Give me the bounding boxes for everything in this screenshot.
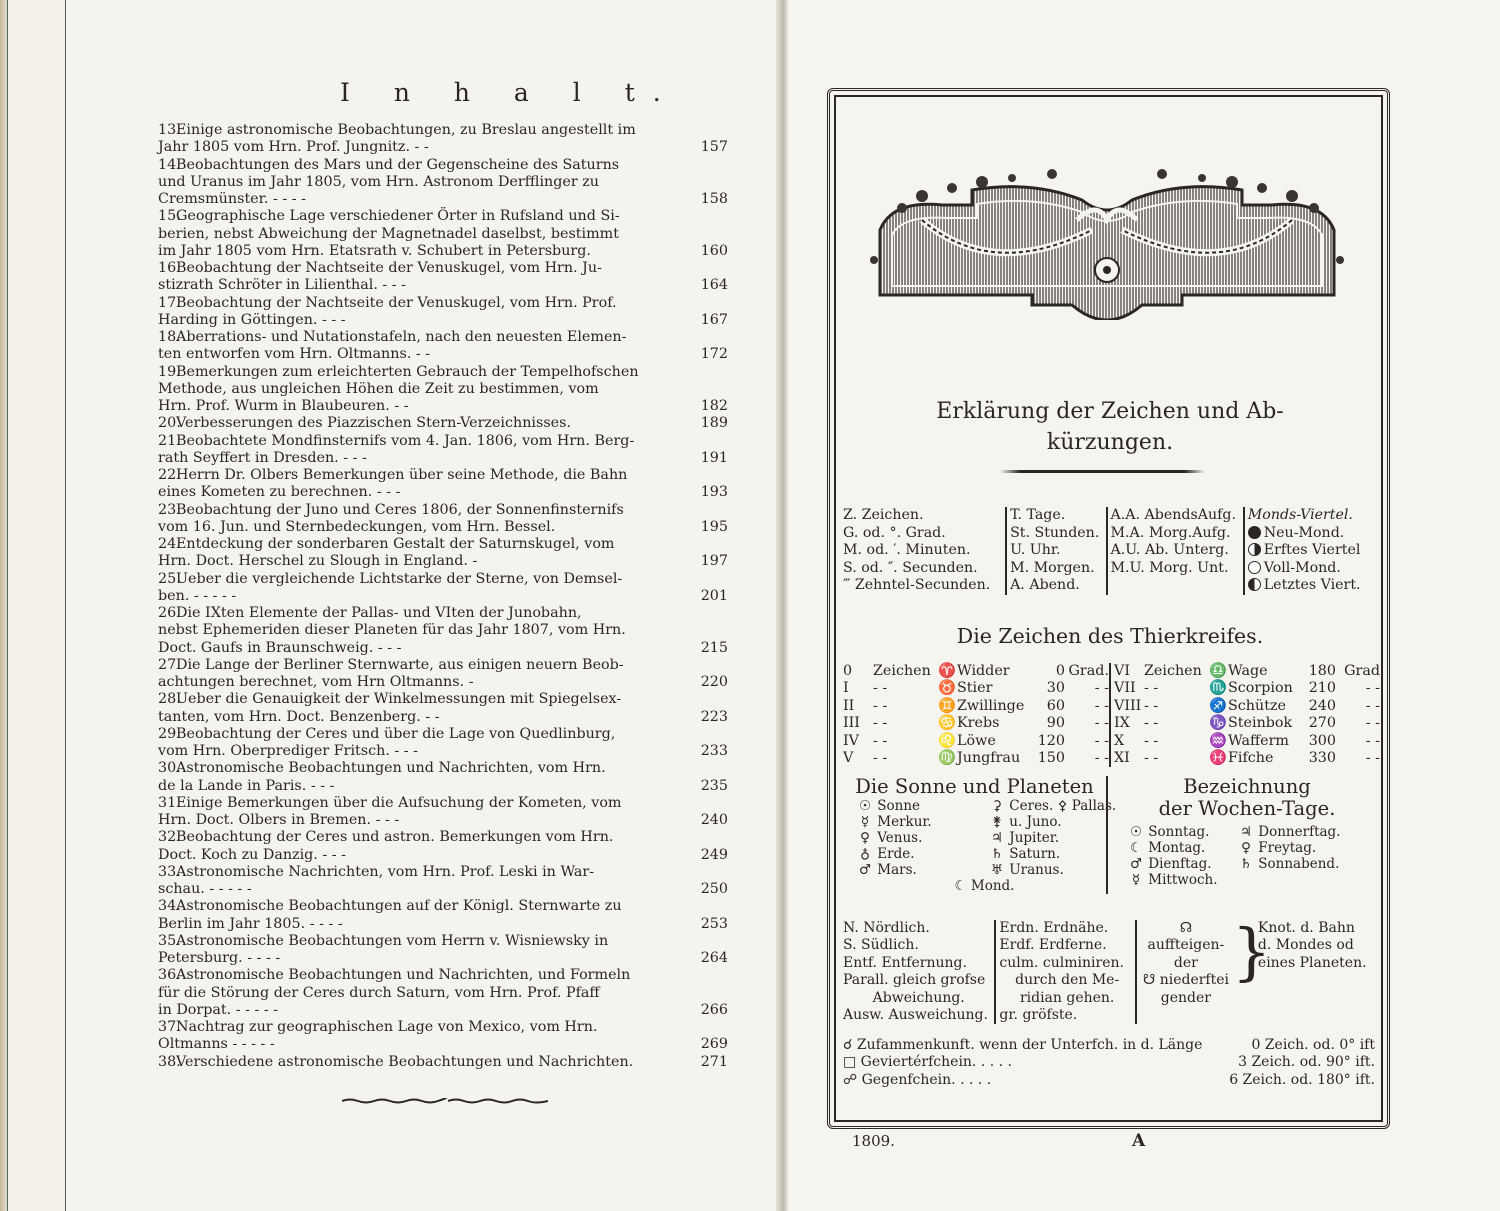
zodiac-degrees: 300 bbox=[1306, 733, 1336, 750]
toc-entry: 31.Einige Bemerkungen über die Aufsuchun… bbox=[158, 795, 728, 830]
zodiac-sign-icon: ♊ bbox=[937, 698, 957, 715]
toc-line: 13.Einige astronomische Beobachtungen, z… bbox=[176, 122, 688, 139]
planet-item: ♀ Venus. bbox=[857, 830, 989, 846]
zodiac-row: IV- -♌Löwe120- - bbox=[843, 733, 1109, 750]
weekday-item: ♀ Freytag. bbox=[1238, 840, 1378, 856]
planet-name: Venus. bbox=[873, 830, 922, 846]
toc-line: 31.Einige Bemerkungen über die Aufsuchun… bbox=[176, 795, 688, 812]
title-line: Erklärung der Zeichen und Ab- bbox=[850, 396, 1370, 427]
book-gutter bbox=[776, 0, 788, 1211]
zodiac-name: Scorpion bbox=[1228, 680, 1306, 697]
toc-entry-number: 27. bbox=[158, 657, 176, 674]
zodiac-row: VII- -♏Scorpion210- - bbox=[1114, 680, 1380, 697]
nodes-description: Knot. d. Bahnd. Mondes odeines Planeten. bbox=[1254, 920, 1367, 1024]
aspect-row: ☍ Gegenfchein. . . . .6 Zeich. od. 180° … bbox=[843, 1072, 1375, 1089]
toc-page-number: 253 bbox=[701, 916, 728, 933]
toc-line: 21.Beobachtete Mondfinsternifs vom 4. Ja… bbox=[176, 433, 688, 450]
planet-symbol-icon: ♄ bbox=[989, 846, 1005, 862]
zodiac-sign-icon: ♑ bbox=[1208, 715, 1228, 732]
weekday-name: Mittwoch. bbox=[1144, 872, 1218, 888]
zodiac-sign-icon: ♌ bbox=[937, 733, 957, 750]
weekdays-section: Bezeichnung der Wochen-Tage. ☉ Sonntag.♃… bbox=[1106, 776, 1378, 894]
planet-symbol-icon: ♃ bbox=[989, 830, 1005, 846]
toc-entry: 29.Beobachtung der Ceres und über die La… bbox=[158, 726, 728, 761]
zodiac-sign-icon: ♈ bbox=[937, 663, 957, 680]
zodiac-row: X- -♒Wafferm300- - bbox=[1114, 733, 1380, 750]
zodiac-name: Krebs bbox=[957, 715, 1035, 732]
planet-symbol-icon: ♂ bbox=[857, 862, 873, 878]
toc-entry-number: 15. bbox=[158, 208, 176, 225]
abbreviation-item: G. od. °. Grad. bbox=[843, 525, 1005, 543]
toc-page-number: 215 bbox=[701, 640, 728, 657]
toc-line: eines Kometen zu berechnen. - - - bbox=[176, 484, 688, 501]
toc-entry-text: 30.Astronomische Beobachtungen und Nachr… bbox=[176, 760, 728, 795]
toc-entry-number: 36. bbox=[158, 967, 176, 984]
toc-entry: 27.Die Lange der Berliner Sternwarte, au… bbox=[158, 657, 728, 692]
toc-entry-number: 37. bbox=[158, 1019, 176, 1036]
weekday-symbol-icon: ♂ bbox=[1128, 856, 1144, 872]
zodiac-label: - - bbox=[1144, 680, 1208, 697]
divider-rule bbox=[1000, 470, 1205, 473]
planet-item: ☿ Merkur. bbox=[857, 814, 989, 830]
toc-entry-text: 20.Verbesserungen des Piazzischen Stern-… bbox=[176, 415, 728, 432]
moon-first-icon bbox=[1248, 543, 1261, 556]
toc-entry: 32.Beobachtung der Ceres und astron. Bem… bbox=[158, 829, 728, 864]
zodiac-degrees: 90 bbox=[1035, 715, 1065, 732]
zodiac-name: Steinbok bbox=[1228, 715, 1306, 732]
weekday-symbol-icon: ☿ bbox=[1128, 872, 1144, 888]
abbreviation-item: Entf. Entfernung. bbox=[843, 955, 994, 972]
zodiac-row: 0Zeichen♈Widder0Grad. bbox=[843, 663, 1109, 680]
title-line: kürzungen. bbox=[850, 427, 1370, 458]
weekday-symbol-icon: ☉ bbox=[1128, 824, 1144, 840]
zodiac-name: Stier bbox=[957, 680, 1035, 697]
toc-line: 28.Ueber die Genauigkeit der Winkelmessu… bbox=[176, 691, 688, 708]
toc-line: im Jahr 1805 vom Hrn. Etatsrath v. Schub… bbox=[176, 243, 688, 260]
planet-name: Ceres. ⚴ Pallas. bbox=[1005, 798, 1116, 814]
weekday-item bbox=[1238, 872, 1378, 888]
node-description: d. Mondes od bbox=[1258, 937, 1367, 954]
abbreviation-item: S. od. ″. Secunden. bbox=[843, 560, 1005, 578]
abbreviation-item: M.U. Morg. Unt. bbox=[1111, 560, 1243, 578]
toc-page-number: 220 bbox=[701, 674, 728, 691]
toc-line: 14.Beobachtungen des Mars und der Gegens… bbox=[176, 157, 688, 174]
zodiac-unit: - - bbox=[1065, 715, 1109, 732]
abbreviation-item: A.U. Ab. Unterg. bbox=[1111, 542, 1243, 560]
weekday-item: ☾ Montag. bbox=[1128, 840, 1238, 856]
toc-entry: 17.Beobachtung der Nachtseite der Venusk… bbox=[158, 295, 728, 330]
toc-entry-text: 17.Beobachtung der Nachtseite der Venusk… bbox=[176, 295, 728, 330]
toc-entry: 25.Ueber die vergleichende Lichtstarke d… bbox=[158, 571, 728, 606]
toc-entry-text: 16.Beobachtung der Nachtseite der Venusk… bbox=[176, 260, 728, 295]
toc-entry-text: 13.Einige astronomische Beobachtungen, z… bbox=[176, 122, 728, 157]
toc-entry-text: 14.Beobachtungen des Mars und der Gegens… bbox=[176, 157, 728, 209]
toc-page-number: 266 bbox=[701, 1002, 728, 1019]
zodiac-row: XI- -♓Fifche330- - bbox=[1114, 750, 1380, 767]
toc-page-number: 264 bbox=[701, 950, 728, 967]
planet-symbol-icon: ⚵ bbox=[989, 814, 1005, 830]
aspect-row: ☌ Zufammenkunft. wenn der Unterfch. in d… bbox=[843, 1037, 1375, 1054]
toc-entry-text: 19.Bemerkungen zum erleichterten Gebrauc… bbox=[176, 364, 728, 416]
toc-entry: 36.Astronomische Beobachtungen und Nachr… bbox=[158, 967, 728, 1019]
abbreviation-item: M. od. ′. Minuten. bbox=[843, 542, 1005, 560]
moon-full-icon bbox=[1248, 561, 1261, 574]
toc-entry-text: 26.Die IXten Elemente der Pallas- und VI… bbox=[176, 605, 728, 657]
zodiac-number: II bbox=[843, 698, 873, 715]
toc-page-number: 172 bbox=[701, 346, 728, 363]
planet-name: Sonne bbox=[873, 798, 920, 814]
toc-line: Oltmanns - - - - - bbox=[176, 1036, 688, 1053]
toc-entry: 16.Beobachtung der Nachtseite der Venusk… bbox=[158, 260, 728, 295]
aspect-value: 0 Zeich. od. 0° ift bbox=[1251, 1037, 1375, 1054]
toc-line: 37.Nachtrag zur geographischen Lage von … bbox=[176, 1019, 688, 1036]
divider-rule bbox=[342, 1098, 548, 1104]
toc-line: 38.Verschiedene astronomische Beobachtun… bbox=[176, 1054, 688, 1071]
toc-page-number: 201 bbox=[701, 588, 728, 605]
moon-new-icon bbox=[1248, 526, 1261, 539]
toc-entry-number: 20. bbox=[158, 415, 176, 432]
zodiac-name: Widder bbox=[957, 663, 1035, 680]
planet-item: ♃ Jupiter. bbox=[989, 830, 1119, 846]
abbreviation-item: A. Abend. bbox=[1010, 577, 1105, 595]
toc-page-number: 167 bbox=[701, 312, 728, 329]
toc-page-number: 249 bbox=[701, 847, 728, 864]
zodiac-table: 0Zeichen♈Widder0Grad.I- -♉Stier30- -II- … bbox=[843, 663, 1375, 767]
aspect-value: 3 Zeich. od. 90° ift. bbox=[1238, 1054, 1375, 1071]
planet-item: ☉ Sonne bbox=[857, 798, 989, 814]
abbreviation-item: ridian gehen. bbox=[999, 990, 1134, 1007]
zodiac-number: IX bbox=[1114, 715, 1144, 732]
weekdays-list: ☉ Sonntag.♃ Donnerftag.☾ Montag.♀ Freyta… bbox=[1116, 824, 1378, 888]
toc-page-number: 233 bbox=[701, 743, 728, 760]
toc-line: 35.Astronomische Beobachtungen vom Herrn… bbox=[176, 933, 688, 950]
toc-entry: 30.Astronomische Beobachtungen und Nachr… bbox=[158, 760, 728, 795]
toc-entry-number: 14. bbox=[158, 157, 176, 174]
toc-entry-number: 29. bbox=[158, 726, 176, 743]
toc-entry-number: 25. bbox=[158, 571, 176, 588]
zodiac-degrees: 210 bbox=[1306, 680, 1336, 697]
weekdays-title: der Wochen-Tage. bbox=[1116, 798, 1378, 820]
zodiac-degrees: 0 bbox=[1035, 663, 1065, 680]
toc-page-number: 269 bbox=[701, 1036, 728, 1053]
toc-line: 22.Herrn Dr. Olbers Bemerkungen über sei… bbox=[176, 467, 688, 484]
abbreviation-item: M. Morgen. bbox=[1010, 560, 1105, 578]
planet-symbol-icon: ⚳ bbox=[989, 798, 1005, 814]
abbreviations-column: T. Tage.St. Stunden.U. Uhr.M. Morgen.A. … bbox=[1005, 507, 1105, 595]
toc-page-number: 157 bbox=[701, 139, 728, 156]
zodiac-label: - - bbox=[873, 733, 937, 750]
abbreviation-item: M.A. Morg.Aufg. bbox=[1111, 525, 1243, 543]
toc-entry-number: 17. bbox=[158, 295, 176, 312]
page-title: I n h a l t. bbox=[340, 78, 679, 107]
toc-line: Doct. Gaufs in Braunschweig. - - - bbox=[176, 640, 688, 657]
toc-line: 16.Beobachtung der Nachtseite der Venusk… bbox=[176, 260, 688, 277]
abbreviation-item: durch den Me- bbox=[999, 972, 1134, 989]
zodiac-number: I bbox=[843, 680, 873, 697]
weekday-item: ☉ Sonntag. bbox=[1128, 824, 1238, 840]
zodiac-degrees: 60 bbox=[1035, 698, 1065, 715]
planets-section: Die Sonne und Planeten ☉ Sonne⚳ Ceres. ⚴… bbox=[843, 776, 1106, 894]
zodiac-row: I- -♉Stier30- - bbox=[843, 680, 1109, 697]
toc-line: de la Lande in Paris. - - - bbox=[176, 778, 688, 795]
toc-entry-number: 19. bbox=[158, 364, 176, 381]
planets-title: Die Sonne und Planeten bbox=[843, 776, 1106, 798]
weekday-name: Montag. bbox=[1144, 840, 1205, 856]
toc-entry: 21.Beobachtete Mondfinsternifs vom 4. Ja… bbox=[158, 433, 728, 468]
toc-line: 32.Beobachtung der Ceres und astron. Bem… bbox=[176, 829, 688, 846]
toc-line: und Uranus im Jahr 1805, vom Hrn. Astron… bbox=[176, 174, 688, 191]
planet-name: Erde. bbox=[873, 846, 915, 862]
nodes-labels: ☊ auffteigen-der☋ niederfteigender bbox=[1140, 920, 1232, 1024]
nodes-section: ☊ auffteigen-der☋ niederfteigender } Kno… bbox=[1135, 920, 1375, 1024]
abbreviation-item: T. Tage. bbox=[1010, 507, 1105, 525]
planet-item: ⚵ u. Juno. bbox=[989, 814, 1119, 830]
aspect-label: ☌ Zufammenkunft. wenn der Unterfch. in d… bbox=[843, 1037, 1202, 1054]
toc-line: Cremsmünster. - - - - bbox=[176, 191, 688, 208]
toc-entry: 23.Beobachtung der Juno und Ceres 1806, … bbox=[158, 502, 728, 537]
planet-symbol-icon: ♁ bbox=[857, 846, 873, 862]
zodiac-row: V- -♍Jungfrau150- - bbox=[843, 750, 1109, 767]
zodiac-sign-icon: ♐ bbox=[1208, 698, 1228, 715]
book-spread: I n h a l t. 13.Einige astronomische Beo… bbox=[0, 0, 1500, 1211]
zodiac-sign-icon: ♏ bbox=[1208, 680, 1228, 697]
planet-symbol-icon: ☉ bbox=[857, 798, 873, 814]
toc-line: 17.Beobachtung der Nachtseite der Venusk… bbox=[176, 295, 688, 312]
abbreviation-item: gr. gröfste. bbox=[999, 1007, 1134, 1024]
weekday-item: ♃ Donnerftag. bbox=[1238, 824, 1378, 840]
zodiac-degrees: 270 bbox=[1306, 715, 1336, 732]
moon-phase-label: Erftes Viertel bbox=[1264, 542, 1361, 558]
planet-item: ♅ Uranus. bbox=[989, 862, 1119, 878]
weekday-symbol-icon: ☾ bbox=[1128, 840, 1144, 856]
toc-line: Doct. Koch zu Danzig. - - - bbox=[176, 847, 688, 864]
toc-entry: 28.Ueber die Genauigkeit der Winkelmessu… bbox=[158, 691, 728, 726]
planet-item: ♂ Mars. bbox=[857, 862, 989, 878]
toc-entry: 13.Einige astronomische Beobachtungen, z… bbox=[158, 122, 728, 157]
zodiac-label: - - bbox=[1144, 750, 1208, 767]
table-of-contents: 13.Einige astronomische Beobachtungen, z… bbox=[158, 122, 728, 1071]
zodiac-degrees: 30 bbox=[1035, 680, 1065, 697]
toc-entry: 24.Entdeckung der sonderbaren Gestalt de… bbox=[158, 536, 728, 571]
planet-symbol-icon: ☿ bbox=[857, 814, 873, 830]
zodiac-sign-icon: ♍ bbox=[937, 750, 957, 767]
node-label: der bbox=[1140, 955, 1232, 972]
toc-entry-number: 28. bbox=[158, 691, 176, 708]
abbreviations-table: Z. Zeichen.G. od. °. Grad.M. od. ′. Minu… bbox=[843, 507, 1375, 595]
toc-page-number: 250 bbox=[701, 881, 728, 898]
zodiac-number: VI bbox=[1114, 663, 1144, 680]
toc-entry-text: 24.Entdeckung der sonderbaren Gestalt de… bbox=[176, 536, 728, 571]
aspect-label: ☍ Gegenfchein. . . . . bbox=[843, 1072, 991, 1089]
toc-line: 26.Die IXten Elemente der Pallas- und VI… bbox=[176, 605, 688, 622]
zodiac-name: Löwe bbox=[957, 733, 1035, 750]
toc-entry-number: 34. bbox=[158, 898, 176, 915]
zodiac-name: Zwillinge bbox=[957, 698, 1035, 715]
planet-item: ♄ Saturn. bbox=[989, 846, 1119, 862]
toc-page-number: 240 bbox=[701, 812, 728, 829]
toc-entry-text: 15.Geographische Lage verschiedener Örte… bbox=[176, 208, 728, 260]
toc-entry-number: 22. bbox=[158, 467, 176, 484]
node-description: eines Planeten. bbox=[1258, 955, 1367, 972]
zodiac-label: - - bbox=[1144, 733, 1208, 750]
planet-name: Mars. bbox=[873, 862, 917, 878]
toc-line: Jahr 1805 vom Hrn. Prof. Jungnitz. - - bbox=[176, 139, 688, 156]
zodiac-unit: - - bbox=[1336, 733, 1380, 750]
zodiac-column: 0Zeichen♈Widder0Grad.I- -♉Stier30- -II- … bbox=[843, 663, 1109, 767]
zodiac-unit: - - bbox=[1336, 715, 1380, 732]
toc-entry-number: 26. bbox=[158, 605, 176, 622]
toc-entry-text: 33.Astronomische Nachrichten, vom Hrn. P… bbox=[176, 864, 728, 899]
planet-name: Saturn. bbox=[1005, 846, 1060, 862]
toc-page-number: 182 bbox=[701, 398, 728, 415]
zodiac-row: VIII- -♐Schütze240- - bbox=[1114, 698, 1380, 715]
toc-entry-text: 23.Beobachtung der Juno und Ceres 1806, … bbox=[176, 502, 728, 537]
toc-line: 30.Astronomische Beobachtungen und Nachr… bbox=[176, 760, 688, 777]
abbreviation-item: S. Südlich. bbox=[843, 937, 994, 954]
planet-item: ♁ Erde. bbox=[857, 846, 989, 862]
planets-list: ☉ Sonne⚳ Ceres. ⚴ Pallas.☿ Merkur.⚵ u. J… bbox=[843, 798, 1106, 878]
aspects-list: ☌ Zufammenkunft. wenn der Unterfch. in d… bbox=[843, 1037, 1375, 1089]
zodiac-number: X bbox=[1114, 733, 1144, 750]
toc-entry-text: 35.Astronomische Beobachtungen vom Herrn… bbox=[176, 933, 728, 968]
toc-line: 19.Bemerkungen zum erleichterten Gebrauc… bbox=[176, 364, 688, 381]
zodiac-name: Wage bbox=[1228, 663, 1306, 680]
node-label: ☊ auffteigen- bbox=[1140, 920, 1232, 955]
zodiac-name: Wafferm bbox=[1228, 733, 1306, 750]
toc-entry-number: 18. bbox=[158, 329, 176, 346]
moon-phase-label: Voll-Mond. bbox=[1264, 560, 1341, 576]
zodiac-row: II- -♊Zwillinge60- - bbox=[843, 698, 1109, 715]
toc-line: ben. - - - - - bbox=[176, 588, 688, 605]
planet-name: Merkur. bbox=[873, 814, 932, 830]
zodiac-number: 0 bbox=[843, 663, 873, 680]
toc-line: für die Störung der Ceres durch Saturn, … bbox=[176, 985, 688, 1002]
section-title: Erklärung der Zeichen und Ab- kürzungen. bbox=[850, 396, 1370, 458]
abbreviations-column: Z. Zeichen.G. od. °. Grad.M. od. ′. Minu… bbox=[843, 507, 1005, 595]
abbreviation-item: Erdf. Erdferne. bbox=[999, 937, 1134, 954]
toc-entry-text: 36.Astronomische Beobachtungen und Nachr… bbox=[176, 967, 728, 1019]
zodiac-column: VIZeichen♎Wage180GradVII- -♏Scorpion210-… bbox=[1109, 663, 1380, 767]
toc-entry-number: 13. bbox=[158, 122, 176, 139]
toc-line: Hrn. Doct. Herschel zu Slough in England… bbox=[176, 553, 688, 570]
node-label: ☋ niederftei bbox=[1140, 972, 1232, 989]
weekday-name: Freytag. bbox=[1254, 840, 1316, 856]
weekday-name: Sonntag. bbox=[1144, 824, 1209, 840]
zodiac-label: - - bbox=[873, 715, 937, 732]
zodiac-name: Jungfrau bbox=[957, 750, 1035, 767]
toc-line: Petersburg. - - - - bbox=[176, 950, 688, 967]
zodiac-row: III- -♋Krebs90- - bbox=[843, 715, 1109, 732]
abbreviation-item: St. Stunden. bbox=[1010, 525, 1105, 543]
zodiac-number: VII bbox=[1114, 680, 1144, 697]
node-label: gender bbox=[1140, 990, 1232, 1007]
zodiac-number: IV bbox=[843, 733, 873, 750]
toc-entry-number: 16. bbox=[158, 260, 176, 277]
aspect-value: 6 Zeich. od. 180° ift. bbox=[1229, 1072, 1375, 1089]
node-description: Knot. d. Bahn bbox=[1258, 920, 1367, 937]
zodiac-label: Zeichen bbox=[873, 663, 937, 680]
misc-abbreviations: N. Nördlich.S. Südlich.Entf. Entfernung.… bbox=[843, 920, 1375, 1024]
toc-entry: 37.Nachtrag zur geographischen Lage von … bbox=[158, 1019, 728, 1054]
weekday-symbol-icon: ♀ bbox=[1238, 840, 1254, 856]
toc-entry-number: 38. bbox=[158, 1054, 176, 1071]
toc-entry: 19.Bemerkungen zum erleichterten Gebrauc… bbox=[158, 364, 728, 416]
toc-line: 27.Die Lange der Berliner Sternwarte, au… bbox=[176, 657, 688, 674]
zodiac-label: - - bbox=[1144, 698, 1208, 715]
weekday-item: ♄ Sonnabend. bbox=[1238, 856, 1378, 872]
toc-line: 15.Geographische Lage verschiedener Örte… bbox=[176, 208, 688, 225]
toc-line: Berlin im Jahr 1805. - - - - bbox=[176, 916, 688, 933]
toc-entry: 33.Astronomische Nachrichten, vom Hrn. P… bbox=[158, 864, 728, 899]
zodiac-unit: - - bbox=[1065, 733, 1109, 750]
toc-entry: 15.Geographische Lage verschiedener Örte… bbox=[158, 208, 728, 260]
aspect-label: □ Geviertérfchein. . . . . bbox=[843, 1054, 1012, 1071]
toc-page-number: 223 bbox=[701, 709, 728, 726]
weekday-symbol-icon: ♃ bbox=[1238, 824, 1254, 840]
zodiac-name: Fifche bbox=[1228, 750, 1306, 767]
toc-line: 25.Ueber die vergleichende Lichtstarke d… bbox=[176, 571, 688, 588]
zodiac-sign-icon: ♒ bbox=[1208, 733, 1228, 750]
abbreviations-column: A.A. AbendsAufg.M.A. Morg.Aufg.A.U. Ab. … bbox=[1106, 507, 1243, 595]
toc-entry-number: 32. bbox=[158, 829, 176, 846]
toc-line: in Dorpat. - - - - - bbox=[176, 1002, 688, 1019]
toc-line: 24.Entdeckung der sonderbaren Gestalt de… bbox=[176, 536, 688, 553]
zodiac-title: Die Zeichen des Thierkreifes. bbox=[850, 624, 1370, 648]
abbreviation-item: Abweichung. bbox=[843, 990, 994, 1007]
toc-line: stizrath Schröter in Lilienthal. - - - bbox=[176, 277, 688, 294]
zodiac-unit: - - bbox=[1065, 750, 1109, 767]
zodiac-unit: - - bbox=[1336, 680, 1380, 697]
moon-phases-column: Monds-Viertel. Neu-Mond.Erftes ViertelVo… bbox=[1243, 507, 1375, 595]
signature-mark: A bbox=[1132, 1131, 1145, 1151]
zodiac-name: Schütze bbox=[1228, 698, 1306, 715]
weekdays-title: Bezeichnung bbox=[1116, 776, 1378, 798]
footer-year: 1809. bbox=[852, 1132, 895, 1150]
toc-entry: 26.Die IXten Elemente der Pallas- und VI… bbox=[158, 605, 728, 657]
moon-phase-item: Neu-Mond. bbox=[1248, 525, 1375, 543]
moon-phase-item: Letztes Viert. bbox=[1248, 577, 1375, 595]
abbreviations-column: Erdn. Erdnähe.Erdf. Erdferne.culm. culmi… bbox=[994, 920, 1134, 1024]
moon-phase-label: Letztes Viert. bbox=[1264, 577, 1361, 593]
zodiac-degrees: 240 bbox=[1306, 698, 1336, 715]
toc-line: berien, nebst Abweichung der Magnetnadel… bbox=[176, 226, 688, 243]
toc-entry-number: 24. bbox=[158, 536, 176, 553]
toc-entry-text: 32.Beobachtung der Ceres und astron. Bem… bbox=[176, 829, 728, 864]
zodiac-row: IX- -♑Steinbok270- - bbox=[1114, 715, 1380, 732]
toc-entry-number: 23. bbox=[158, 502, 176, 519]
toc-entry-text: 25.Ueber die vergleichende Lichtstarke d… bbox=[176, 571, 728, 606]
zodiac-sign-icon: ♉ bbox=[937, 680, 957, 697]
toc-entry-text: 28.Ueber die Genauigkeit der Winkelmessu… bbox=[176, 691, 728, 726]
page-edge-line bbox=[65, 0, 66, 1211]
toc-line: 36.Astronomische Beobachtungen und Nachr… bbox=[176, 967, 688, 984]
aspect-row: □ Geviertérfchein. . . . .3 Zeich. od. 9… bbox=[843, 1054, 1375, 1071]
toc-entry-number: 33. bbox=[158, 864, 176, 881]
toc-entry: 20.Verbesserungen des Piazzischen Stern-… bbox=[158, 415, 728, 432]
toc-entry-number: 30. bbox=[158, 760, 176, 777]
toc-line: 23.Beobachtung der Juno und Ceres 1806, … bbox=[176, 502, 688, 519]
zodiac-unit: - - bbox=[1065, 698, 1109, 715]
moon-phase-item: Voll-Mond. bbox=[1248, 560, 1375, 578]
ornament-cartouche-icon bbox=[862, 160, 1352, 320]
zodiac-number: III bbox=[843, 715, 873, 732]
moon-phase-label: Neu-Mond. bbox=[1264, 525, 1345, 541]
moon-phase-item: Erftes Viertel bbox=[1248, 542, 1375, 560]
abbreviation-item: culm. culminiren. bbox=[999, 955, 1134, 972]
toc-page-number: 271 bbox=[701, 1054, 728, 1071]
weekday-item: ♂ Dienftag. bbox=[1128, 856, 1238, 872]
toc-entry-text: 34.Astronomische Beobachtungen auf der K… bbox=[176, 898, 728, 933]
